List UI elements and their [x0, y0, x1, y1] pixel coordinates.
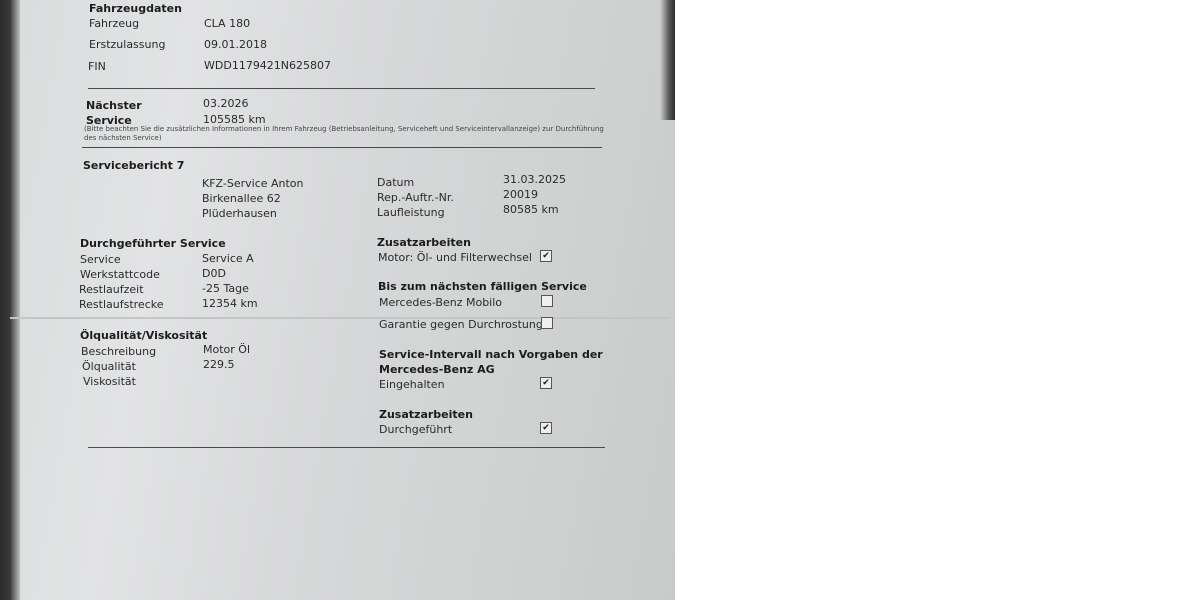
oil-label: Ölqualität [82, 360, 136, 373]
performed-label: Restlaufzeit [79, 283, 144, 296]
report-heading: Servicebericht 7 [83, 159, 184, 172]
performed-value: 12354 km [202, 297, 258, 310]
oil-value: 229.5 [203, 358, 235, 371]
performed-value: Service A [202, 252, 254, 265]
next-service-date: 03.2026 [203, 97, 249, 110]
until-next-item: Garantie gegen Durchrostung [379, 318, 543, 331]
workshop-name: KFZ-Service Anton [202, 177, 304, 190]
vehicle-value: 09.01.2018 [204, 38, 267, 51]
vehicle-value: WDD1179421N625807 [204, 59, 331, 72]
performed-label: Service [80, 253, 121, 266]
workshop-city: Plüderhausen [202, 207, 277, 220]
workshop-street: Birkenallee 62 [202, 192, 281, 205]
service-report-document: Fahrzeugdaten Fahrzeug CLA 180 Erstzulas… [0, 0, 675, 600]
divider [82, 147, 602, 148]
divider [88, 88, 595, 89]
performed-label: Restlaufstrecke [79, 298, 164, 311]
interval-heading-1: Service-Intervall nach Vorgaben der [379, 348, 603, 361]
extra-work2-heading: Zusatzarbeiten [379, 408, 473, 421]
oil-value: Motor Öl [203, 343, 250, 356]
performed-label: Werkstattcode [80, 268, 160, 281]
next-service-note: (Bitte beachten Sie die zusätzlichen Inf… [84, 125, 604, 143]
oil-label: Beschreibung [81, 345, 156, 358]
oil-label: Viskosität [83, 375, 136, 388]
extra-work2-checkbox[interactable] [540, 422, 552, 434]
performed-value: -25 Tage [202, 282, 249, 295]
until-next-item: Mercedes-Benz Mobilo [379, 296, 502, 309]
extra-work-item: Motor: Öl- und Filterwechsel [378, 251, 532, 264]
report-label: Laufleistung [377, 206, 445, 219]
extra-work2-item: Durchgeführt [379, 423, 452, 436]
interval-item: Eingehalten [379, 378, 445, 391]
mobilo-checkbox[interactable] [541, 295, 553, 307]
vehicle-label: FIN [88, 60, 106, 73]
vehicle-label: Fahrzeug [89, 17, 139, 30]
performed-value: D0D [202, 267, 226, 280]
performed-heading: Durchgeführter Service [80, 237, 226, 250]
report-label: Rep.-Auftr.-Nr. [377, 191, 454, 204]
interval-heading-2: Mercedes-Benz AG [379, 363, 495, 376]
vehicle-heading: Fahrzeugdaten [89, 2, 182, 15]
vehicle-value: CLA 180 [204, 17, 250, 30]
document-photo: Fahrzeugdaten Fahrzeug CLA 180 Erstzulas… [0, 0, 675, 600]
report-value: 31.03.2025 [503, 173, 566, 186]
rust-guarantee-checkbox[interactable] [541, 317, 553, 329]
report-value: 80585 km [503, 203, 559, 216]
next-service-label-1: Nächster [86, 99, 142, 112]
report-label: Datum [377, 176, 414, 189]
extra-work-heading: Zusatzarbeiten [377, 236, 471, 249]
extra-work-checkbox[interactable] [540, 250, 552, 262]
report-value: 20019 [503, 188, 538, 201]
vehicle-label: Erstzulassung [89, 38, 165, 51]
interval-checkbox[interactable] [540, 377, 552, 389]
until-next-heading: Bis zum nächsten fälligen Service [378, 280, 587, 293]
divider [88, 447, 605, 448]
oil-heading: Ölqualität/Viskosität [80, 329, 207, 342]
